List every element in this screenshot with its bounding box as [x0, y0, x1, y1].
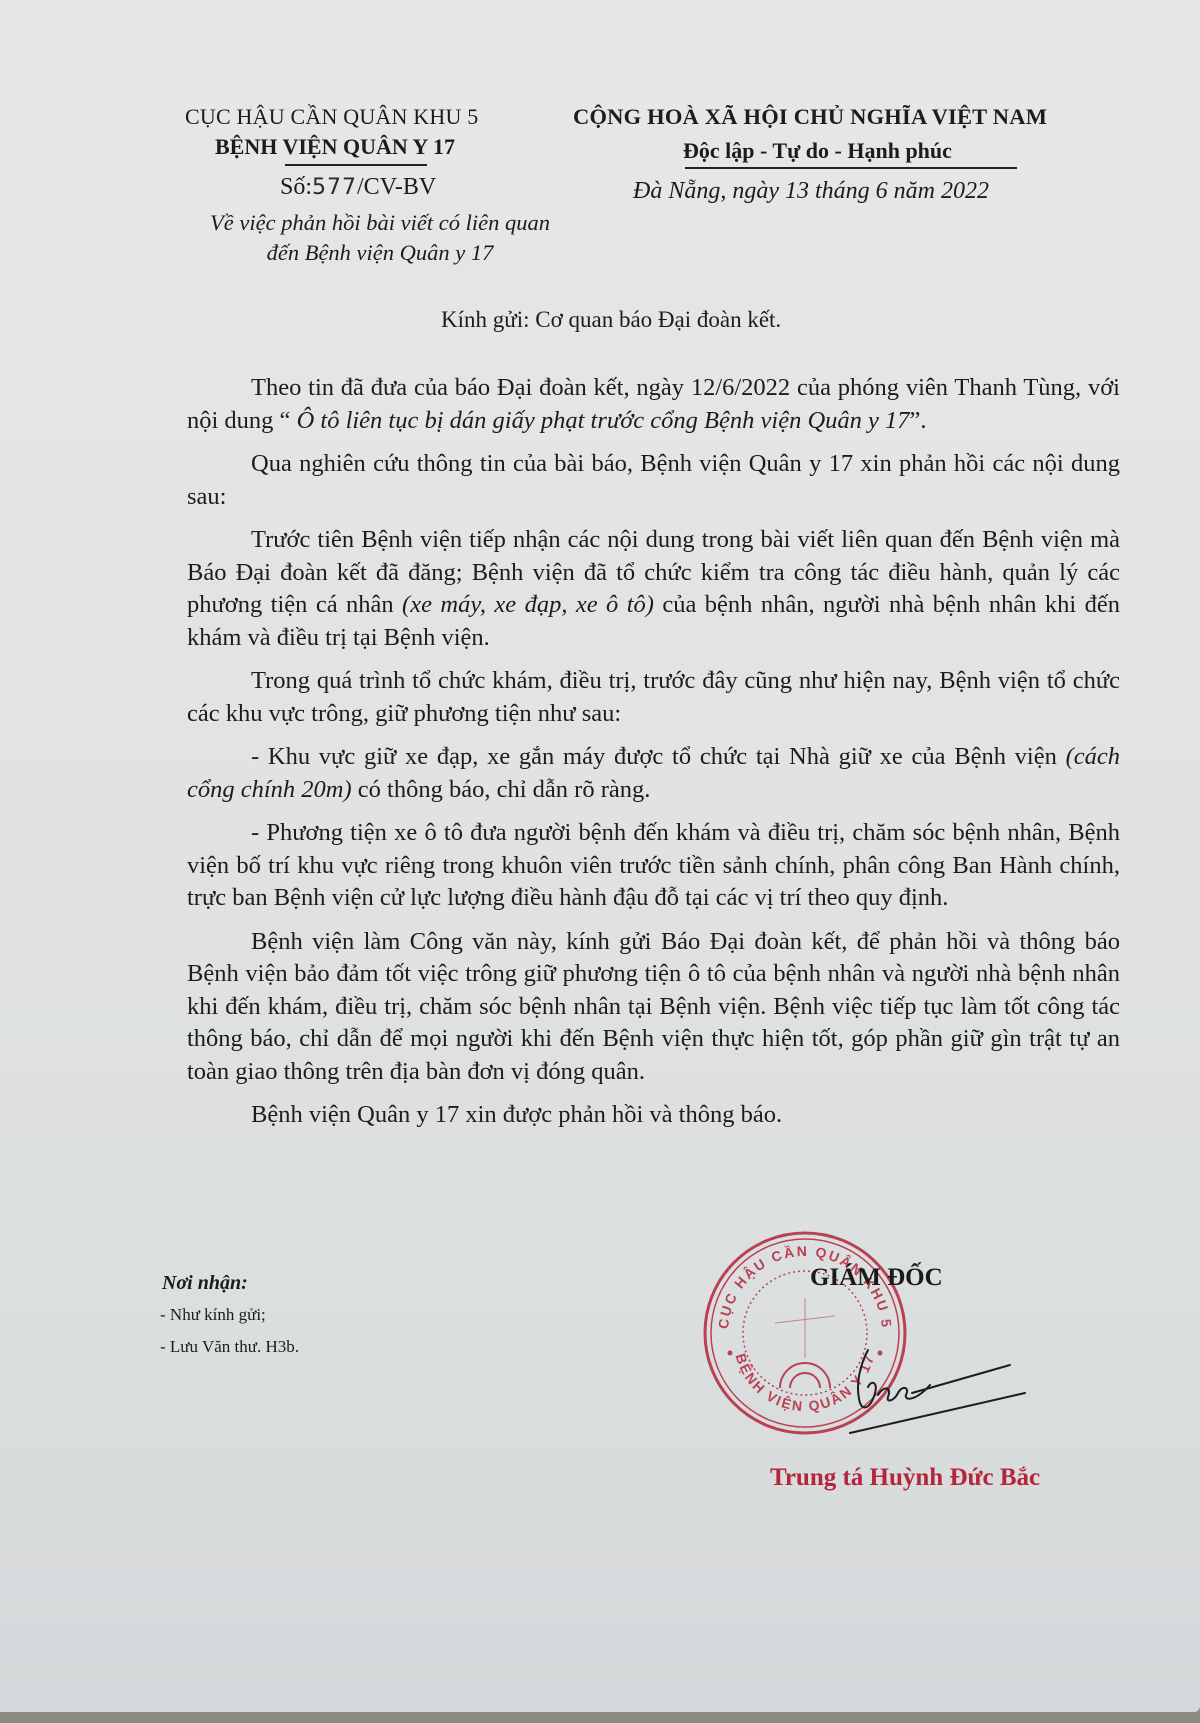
subject-line-1: Về việc phản hồi bài viết có liên quan — [180, 208, 580, 238]
paragraph-6: - Phương tiện xe ô tô đưa người bệnh đến… — [187, 817, 1120, 915]
article-title: Ô tô liên tục bị dán giấy phạt trước cổn… — [297, 407, 910, 434]
document-number: Số:577/CV-BV — [280, 174, 436, 201]
paragraph-3: Trước tiên Bệnh viện tiếp nhận các nội d… — [187, 524, 1120, 654]
motto-underline — [685, 167, 1017, 169]
paragraph-1: Theo tin đã đưa của báo Đại đoàn kết, ng… — [187, 372, 1120, 437]
nation-heading: CỘNG HOÀ XÃ HỘI CHỦ NGHĨA VIỆT NAM — [573, 104, 1047, 130]
issuing-agency: CỤC HẬU CẦN QUÂN KHU 5 — [185, 104, 478, 130]
paragraph-7: Bệnh viện làm Công văn này, kính gửi Báo… — [187, 926, 1120, 1089]
paragraph-2: Qua nghiên cứu thông tin của bài báo, Bệ… — [187, 448, 1120, 513]
paragraph-8: Bệnh viện Quân y 17 xin được phản hồi và… — [187, 1099, 1120, 1132]
handwritten-signature-icon — [820, 1335, 1050, 1445]
number-prefix: Số: — [280, 174, 312, 200]
subject-line-2: đến Bệnh viện Quân y 17 — [180, 238, 580, 268]
recipients-title: Nơi nhận: — [162, 1272, 248, 1295]
paragraph-4: Trong quá trình tổ chức khám, điều trị, … — [187, 665, 1120, 730]
place-date: Đà Nẵng, ngày 13 tháng 6 năm 2022 — [633, 178, 989, 205]
signer-name: Trung tá Huỳnh Đức Bắc — [770, 1464, 1040, 1492]
paragraph-5: - Khu vực giữ xe đạp, xe gắn máy được tổ… — [187, 741, 1120, 806]
recipient-line: Kính gửi: Cơ quan báo Đại đoàn kết. — [441, 307, 781, 333]
handwritten-number: 577 — [312, 175, 357, 200]
recipient-item: - Như kính gửi; — [160, 1305, 266, 1325]
hospital-underline — [285, 164, 427, 166]
national-motto: Độc lập - Tự do - Hạnh phúc — [683, 138, 952, 164]
number-suffix: /CV-BV — [357, 174, 436, 200]
recipient-item: - Lưu Văn thư. H3b. — [160, 1337, 299, 1357]
document-subject: Về việc phản hồi bài viết có liên quan đ… — [180, 208, 580, 268]
signer-position: GIÁM ĐỐC — [810, 1264, 943, 1292]
document-page: CỤC HẬU CẦN QUÂN KHU 5 BỆNH VIỆN QUÂN Y … — [0, 0, 1200, 1712]
letter-body: Theo tin đã đưa của báo Đại đoàn kết, ng… — [187, 372, 1120, 1132]
hospital-name: BỆNH VIỆN QUÂN Y 17 — [215, 134, 455, 160]
